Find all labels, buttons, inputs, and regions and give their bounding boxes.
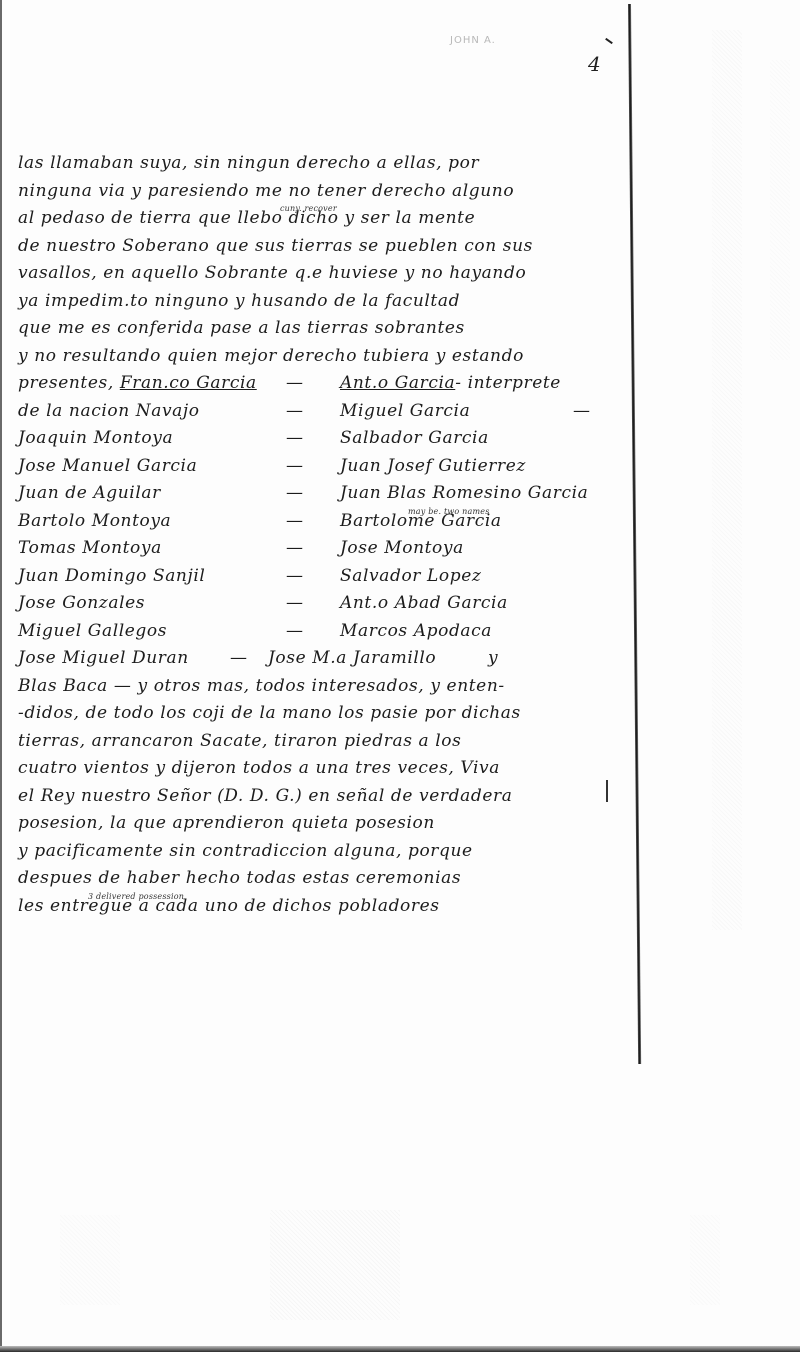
witness-left: Jose Miguel Duran xyxy=(18,645,189,673)
witness-row: Juan Domingo Sanjil — Salvador Lopez xyxy=(18,563,618,591)
witness-row: Juan de Aguilar — Juan Blas Romesino Gar… xyxy=(18,480,618,508)
witness-left: de la nacion Navajo xyxy=(18,398,200,426)
line-text: despues de haber hecho todas estas cerem… xyxy=(18,868,461,888)
archive-stamp: JOHN A. xyxy=(450,35,496,46)
text-line: ya impedim.to ninguno y husando de la fa… xyxy=(18,288,618,316)
line-text: Blas Baca — y otros mas, todos interesad… xyxy=(18,676,505,696)
dash-separator: — xyxy=(286,398,304,426)
scan-left-edge xyxy=(0,0,2,1352)
text-line: al pedaso de tierra que llebo dicho y se… xyxy=(18,205,618,233)
text-line: tierras, arrancaron Sacate, tiraron pied… xyxy=(18,728,618,756)
text-line: -didos, de todo los coji de la mano los … xyxy=(18,700,618,728)
line-text: posesion, la que aprendieron quieta pose… xyxy=(18,813,435,833)
page-number: 4 xyxy=(588,52,601,76)
dash-separator: — xyxy=(286,453,304,481)
line-text: las llamaban suya, sin ningun derecho a … xyxy=(18,153,479,173)
witness-right: Jose M.a Jaramillo xyxy=(268,645,436,673)
line-text: cuatro vientos y dijeron todos a una tre… xyxy=(18,758,500,778)
text-line: Blas Baca — y otros mas, todos interesad… xyxy=(18,673,618,701)
dash-separator: — xyxy=(286,618,304,646)
witness-left: Bartolo Montoya xyxy=(18,508,171,536)
witness-row: Miguel Gallegos — Marcos Apodaca xyxy=(18,618,618,646)
witness-left: Jose Gonzales xyxy=(18,590,145,618)
witness-row: Joaquin Montoya — Salbador Garcia xyxy=(18,425,618,453)
interlinear-note: cuny. recover xyxy=(280,195,337,223)
witness-name: Ant.o Garcia xyxy=(340,373,455,393)
margin-mark xyxy=(606,780,608,802)
dash-separator: — xyxy=(286,563,304,591)
witness-row: presentes, Fran.co Garcia — Ant.o Garcia… xyxy=(18,370,618,398)
manuscript-body: las llamaban suya, sin ningun derecho a … xyxy=(18,150,618,920)
witness-right: Ant.o Garcia- interprete xyxy=(340,370,561,398)
line-text: de nuestro Soberano que sus tierras se p… xyxy=(18,236,533,256)
dash-separator: — xyxy=(573,398,591,426)
witness-right: Jose Montoya xyxy=(340,535,464,563)
line-text: al pedaso de tierra que llebo dicho y se… xyxy=(18,208,475,228)
dash-separator: — xyxy=(286,425,304,453)
page-edge-line xyxy=(628,4,641,1064)
line-text: vasallos, en aquello Sobrante q.e huvies… xyxy=(18,263,526,283)
dash-separator: — xyxy=(230,645,248,673)
witness-row: Bartolo Montoya — Bartolome Garcia xyxy=(18,508,618,536)
witness-right: Miguel Garcia xyxy=(340,398,470,426)
scan-noise xyxy=(270,1210,400,1320)
scan-noise xyxy=(712,30,742,930)
scanned-page: JOHN A. 4 las llamaban suya, sin ningun … xyxy=(0,0,800,1352)
witness-row: de la nacion Navajo — Miguel Garcia — xyxy=(18,398,618,426)
line-text: tierras, arrancaron Sacate, tiraron pied… xyxy=(18,731,461,751)
text-line: y pacificamente sin contradiccion alguna… xyxy=(18,838,618,866)
witness-right: Juan Josef Gutierrez xyxy=(340,453,526,481)
witness-left: Miguel Gallegos xyxy=(18,618,167,646)
scan-noise xyxy=(770,60,790,360)
line-text: ninguna via y paresiendo me no tener der… xyxy=(18,181,514,201)
witness-right: Ant.o Abad Garcia xyxy=(340,590,508,618)
text-line: posesion, la que aprendieron quieta pose… xyxy=(18,810,618,838)
witness-right: Salbador Garcia xyxy=(340,425,489,453)
witness-row: Jose Miguel Duran — Jose M.a Jaramillo y xyxy=(18,645,618,673)
presentes-label: presentes, xyxy=(18,373,114,393)
interlinear-note: 3 delivered possession xyxy=(88,883,184,911)
conjunction: y xyxy=(488,645,498,673)
line-text: les entregue a cada uno de dichos poblad… xyxy=(18,896,440,916)
witness-row: Jose Manuel Garcia — Juan Josef Gutierre… xyxy=(18,453,618,481)
witness-left: Juan Domingo Sanjil xyxy=(18,563,205,591)
pen-mark xyxy=(605,38,613,44)
witness-row: Jose Gonzales — Ant.o Abad Garcia xyxy=(18,590,618,618)
text-line: el Rey nuestro Señor (D. D. G.) en señal… xyxy=(18,783,618,811)
text-line: y no resultando quien mejor derecho tubi… xyxy=(18,343,618,371)
text-line: que me es conferida pase a las tierras s… xyxy=(18,315,618,343)
line-text: y pacificamente sin contradiccion alguna… xyxy=(18,841,473,861)
dash-separator: — xyxy=(286,590,304,618)
text-line: cuatro vientos y dijeron todos a una tre… xyxy=(18,755,618,783)
witness-name: Fran.co Garcia xyxy=(120,373,257,393)
line-text: ya impedim.to ninguno y husando de la fa… xyxy=(18,291,460,311)
witness-left: Tomas Montoya xyxy=(18,535,162,563)
dash-separator: — xyxy=(286,508,304,536)
witness-role: - interprete xyxy=(455,373,561,393)
dash-separator: — xyxy=(286,480,304,508)
line-text: el Rey nuestro Señor (D. D. G.) en señal… xyxy=(18,786,512,806)
scan-noise xyxy=(690,1215,720,1305)
witness-left: Joaquin Montoya xyxy=(18,425,173,453)
line-text: y no resultando quien mejor derecho tubi… xyxy=(18,346,524,366)
text-line: les entregue a cada uno de dichos poblad… xyxy=(18,893,618,921)
line-text: que me es conferida pase a las tierras s… xyxy=(18,318,465,338)
witness-left: Juan de Aguilar xyxy=(18,480,161,508)
witness-left: presentes, Fran.co Garcia xyxy=(18,370,257,398)
dash-separator: — xyxy=(286,535,304,563)
text-line: vasallos, en aquello Sobrante q.e huvies… xyxy=(18,260,618,288)
witness-right: Salvador Lopez xyxy=(340,563,481,591)
text-line: las llamaban suya, sin ningun derecho a … xyxy=(18,150,618,178)
witness-left: Jose Manuel Garcia xyxy=(18,453,197,481)
scan-bottom-edge xyxy=(0,1346,800,1352)
scan-noise xyxy=(60,1215,120,1305)
line-text: -didos, de todo los coji de la mano los … xyxy=(18,703,521,723)
text-line: de nuestro Soberano que sus tierras se p… xyxy=(18,233,618,261)
witness-right: Bartolome Garcia xyxy=(340,508,502,536)
witness-row: Tomas Montoya — Jose Montoya xyxy=(18,535,618,563)
dash-separator: — xyxy=(286,370,304,398)
witness-right: Marcos Apodaca xyxy=(340,618,492,646)
